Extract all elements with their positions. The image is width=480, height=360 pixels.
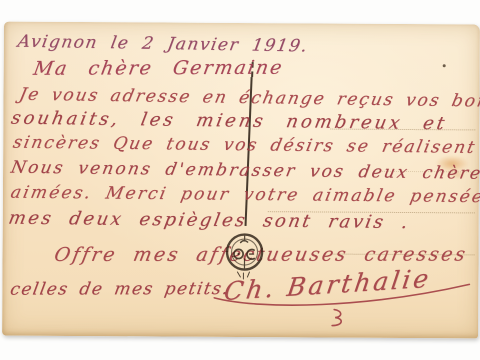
- message-line: souhaits, les miens nombreux et: [9, 108, 449, 135]
- message-line: sincères Que tous vos désirs se réalisen…: [11, 133, 478, 158]
- message-line: mes deux espiègles sont ravis .: [7, 208, 412, 234]
- postcard: Avignon le 2 Janvier 1919. Ma chère Germ…: [2, 22, 480, 339]
- date-line: Avignon le 2 Janvier 1919.: [16, 32, 310, 57]
- salutation-line: Ma chère Germaine: [32, 57, 285, 80]
- message-line: Nous venons d'embrasser vos deux chères: [9, 158, 480, 184]
- embossed-stamp-icon: [220, 228, 268, 282]
- message-line: aimées. Merci pour votre aimable pensée: [9, 183, 480, 208]
- dirt-speck: [443, 64, 446, 67]
- postcard-photo: Avignon le 2 Janvier 1919. Ma chère Germ…: [0, 0, 480, 360]
- closing-line: celles de mes petits.: [9, 279, 231, 300]
